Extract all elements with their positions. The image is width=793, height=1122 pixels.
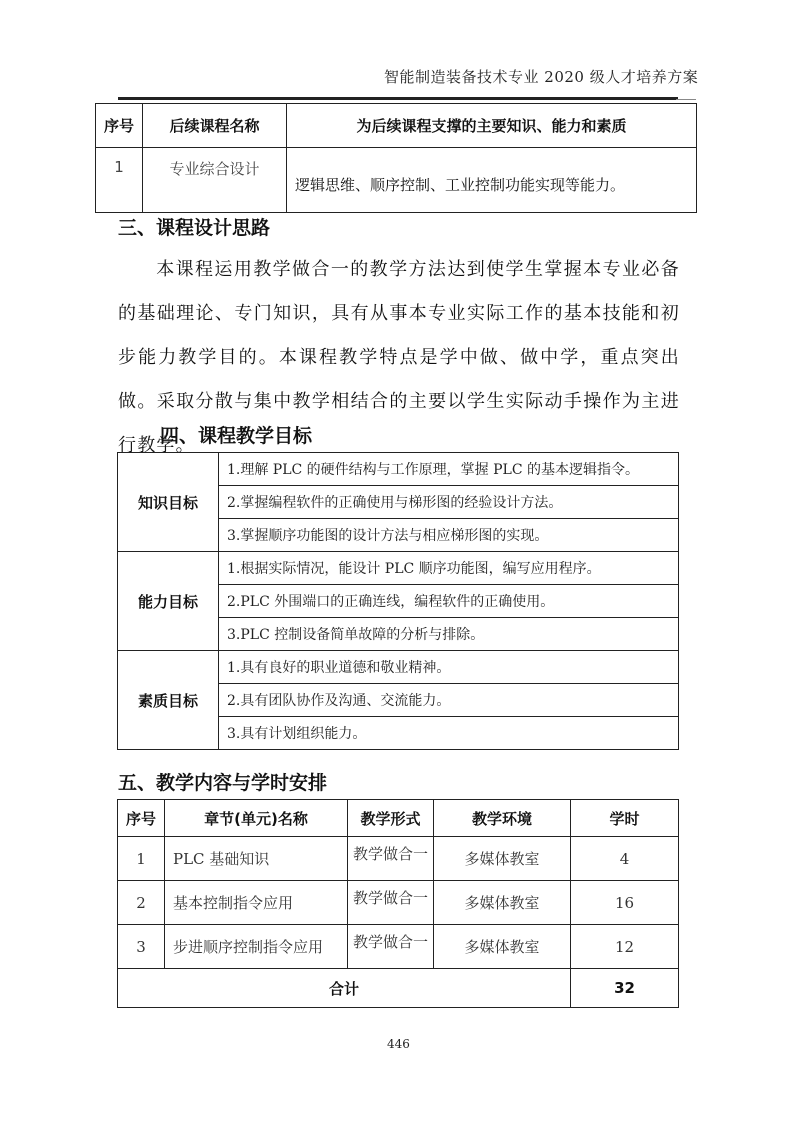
page-number: 446 — [387, 1037, 410, 1051]
row-number: 3 — [118, 925, 165, 969]
column-header: 序号 — [96, 104, 143, 148]
header-rule — [118, 97, 678, 100]
teaching-environment: 多媒体教室 — [434, 837, 571, 881]
chapter-name: 步进顺序控制指令应用 — [165, 925, 348, 969]
teaching-form: 教学做合一 — [348, 925, 434, 969]
column-header: 学时 — [571, 800, 679, 837]
table-total-row: 合计 32 — [118, 969, 679, 1008]
chapter-name: PLC 基础知识 — [165, 837, 348, 881]
objective-item: 2.PLC 外围端口的正确连线，编程软件的正确使用。 — [219, 585, 679, 618]
objective-item: 2.具有团队协作及沟通、交流能力。 — [219, 684, 679, 717]
objectives-table: 知识目标 1.理解 PLC 的硬件结构与工作原理，掌握 PLC 的基本逻辑指令。… — [117, 452, 679, 750]
table-header-row: 序号 后续课程名称 为后续课程支撑的主要知识、能力和素质 — [96, 104, 697, 148]
document-header-title: 智能制造装备技术专业 2020 级人才培养方案 — [384, 66, 698, 87]
objective-category: 能力目标 — [118, 552, 219, 651]
total-hours: 32 — [571, 969, 679, 1008]
objective-item: 3.掌握顺序功能图的设计方法与相应梯形图的实现。 — [219, 519, 679, 552]
column-header: 后续课程名称 — [143, 104, 287, 148]
column-header: 教学形式 — [348, 800, 434, 837]
column-header: 教学环境 — [434, 800, 571, 837]
table-row: 2 基本控制指令应用 教学做合一 多媒体教室 16 — [118, 881, 679, 925]
table-row: 能力目标 1.根据实际情况，能设计 PLC 顺序功能图，编写应用程序。 — [118, 552, 679, 585]
column-header: 序号 — [118, 800, 165, 837]
total-label: 合计 — [118, 969, 571, 1008]
table-row: 1 PLC 基础知识 教学做合一 多媒体教室 4 — [118, 837, 679, 881]
course-support: 逻辑思维、顺序控制、工业控制功能实现等能力。 — [287, 148, 697, 213]
class-hours: 12 — [571, 925, 679, 969]
header-rule-thin — [676, 99, 696, 100]
teaching-environment: 多媒体教室 — [434, 925, 571, 969]
teaching-form: 教学做合一 — [348, 881, 434, 925]
row-number: 1 — [118, 837, 165, 881]
followup-course-table: 序号 后续课程名称 为后续课程支撑的主要知识、能力和素质 1 专业综合设计 逻辑… — [95, 103, 697, 213]
table-row: 知识目标 1.理解 PLC 的硬件结构与工作原理，掌握 PLC 的基本逻辑指令。 — [118, 453, 679, 486]
class-hours: 4 — [571, 837, 679, 881]
column-header: 为后续课程支撑的主要知识、能力和素质 — [287, 104, 697, 148]
objective-category: 素质目标 — [118, 651, 219, 750]
objective-item: 1.具有良好的职业道德和敬业精神。 — [219, 651, 679, 684]
row-number: 2 — [118, 881, 165, 925]
table-row: 素质目标 1.具有良好的职业道德和敬业精神。 — [118, 651, 679, 684]
teaching-environment: 多媒体教室 — [434, 881, 571, 925]
section-heading-3: 三、课程设计思路 — [118, 213, 270, 240]
table-header-row: 序号 章节(单元)名称 教学形式 教学环境 学时 — [118, 800, 679, 837]
row-number: 1 — [96, 148, 143, 213]
objective-category: 知识目标 — [118, 453, 219, 552]
section-heading-5: 五、教学内容与学时安排 — [118, 768, 327, 795]
class-hours: 16 — [571, 881, 679, 925]
section-heading-4: 四、课程教学目标 — [160, 421, 312, 448]
column-header: 章节(单元)名称 — [165, 800, 348, 837]
chapter-name: 基本控制指令应用 — [165, 881, 348, 925]
table-row: 1 专业综合设计 逻辑思维、顺序控制、工业控制功能实现等能力。 — [96, 148, 697, 213]
content-hours-table: 序号 章节(单元)名称 教学形式 教学环境 学时 1 PLC 基础知识 教学做合… — [117, 799, 679, 1008]
objective-item: 1.理解 PLC 的硬件结构与工作原理，掌握 PLC 的基本逻辑指令。 — [219, 453, 679, 486]
objective-item: 3.PLC 控制设备简单故障的分析与排除。 — [219, 618, 679, 651]
teaching-form: 教学做合一 — [348, 837, 434, 881]
table-row: 3 步进顺序控制指令应用 教学做合一 多媒体教室 12 — [118, 925, 679, 969]
objective-item: 1.根据实际情况，能设计 PLC 顺序功能图，编写应用程序。 — [219, 552, 679, 585]
objective-item: 3.具有计划组织能力。 — [219, 717, 679, 750]
course-name: 专业综合设计 — [143, 148, 287, 213]
objective-item: 2.掌握编程软件的正确使用与梯形图的经验设计方法。 — [219, 486, 679, 519]
